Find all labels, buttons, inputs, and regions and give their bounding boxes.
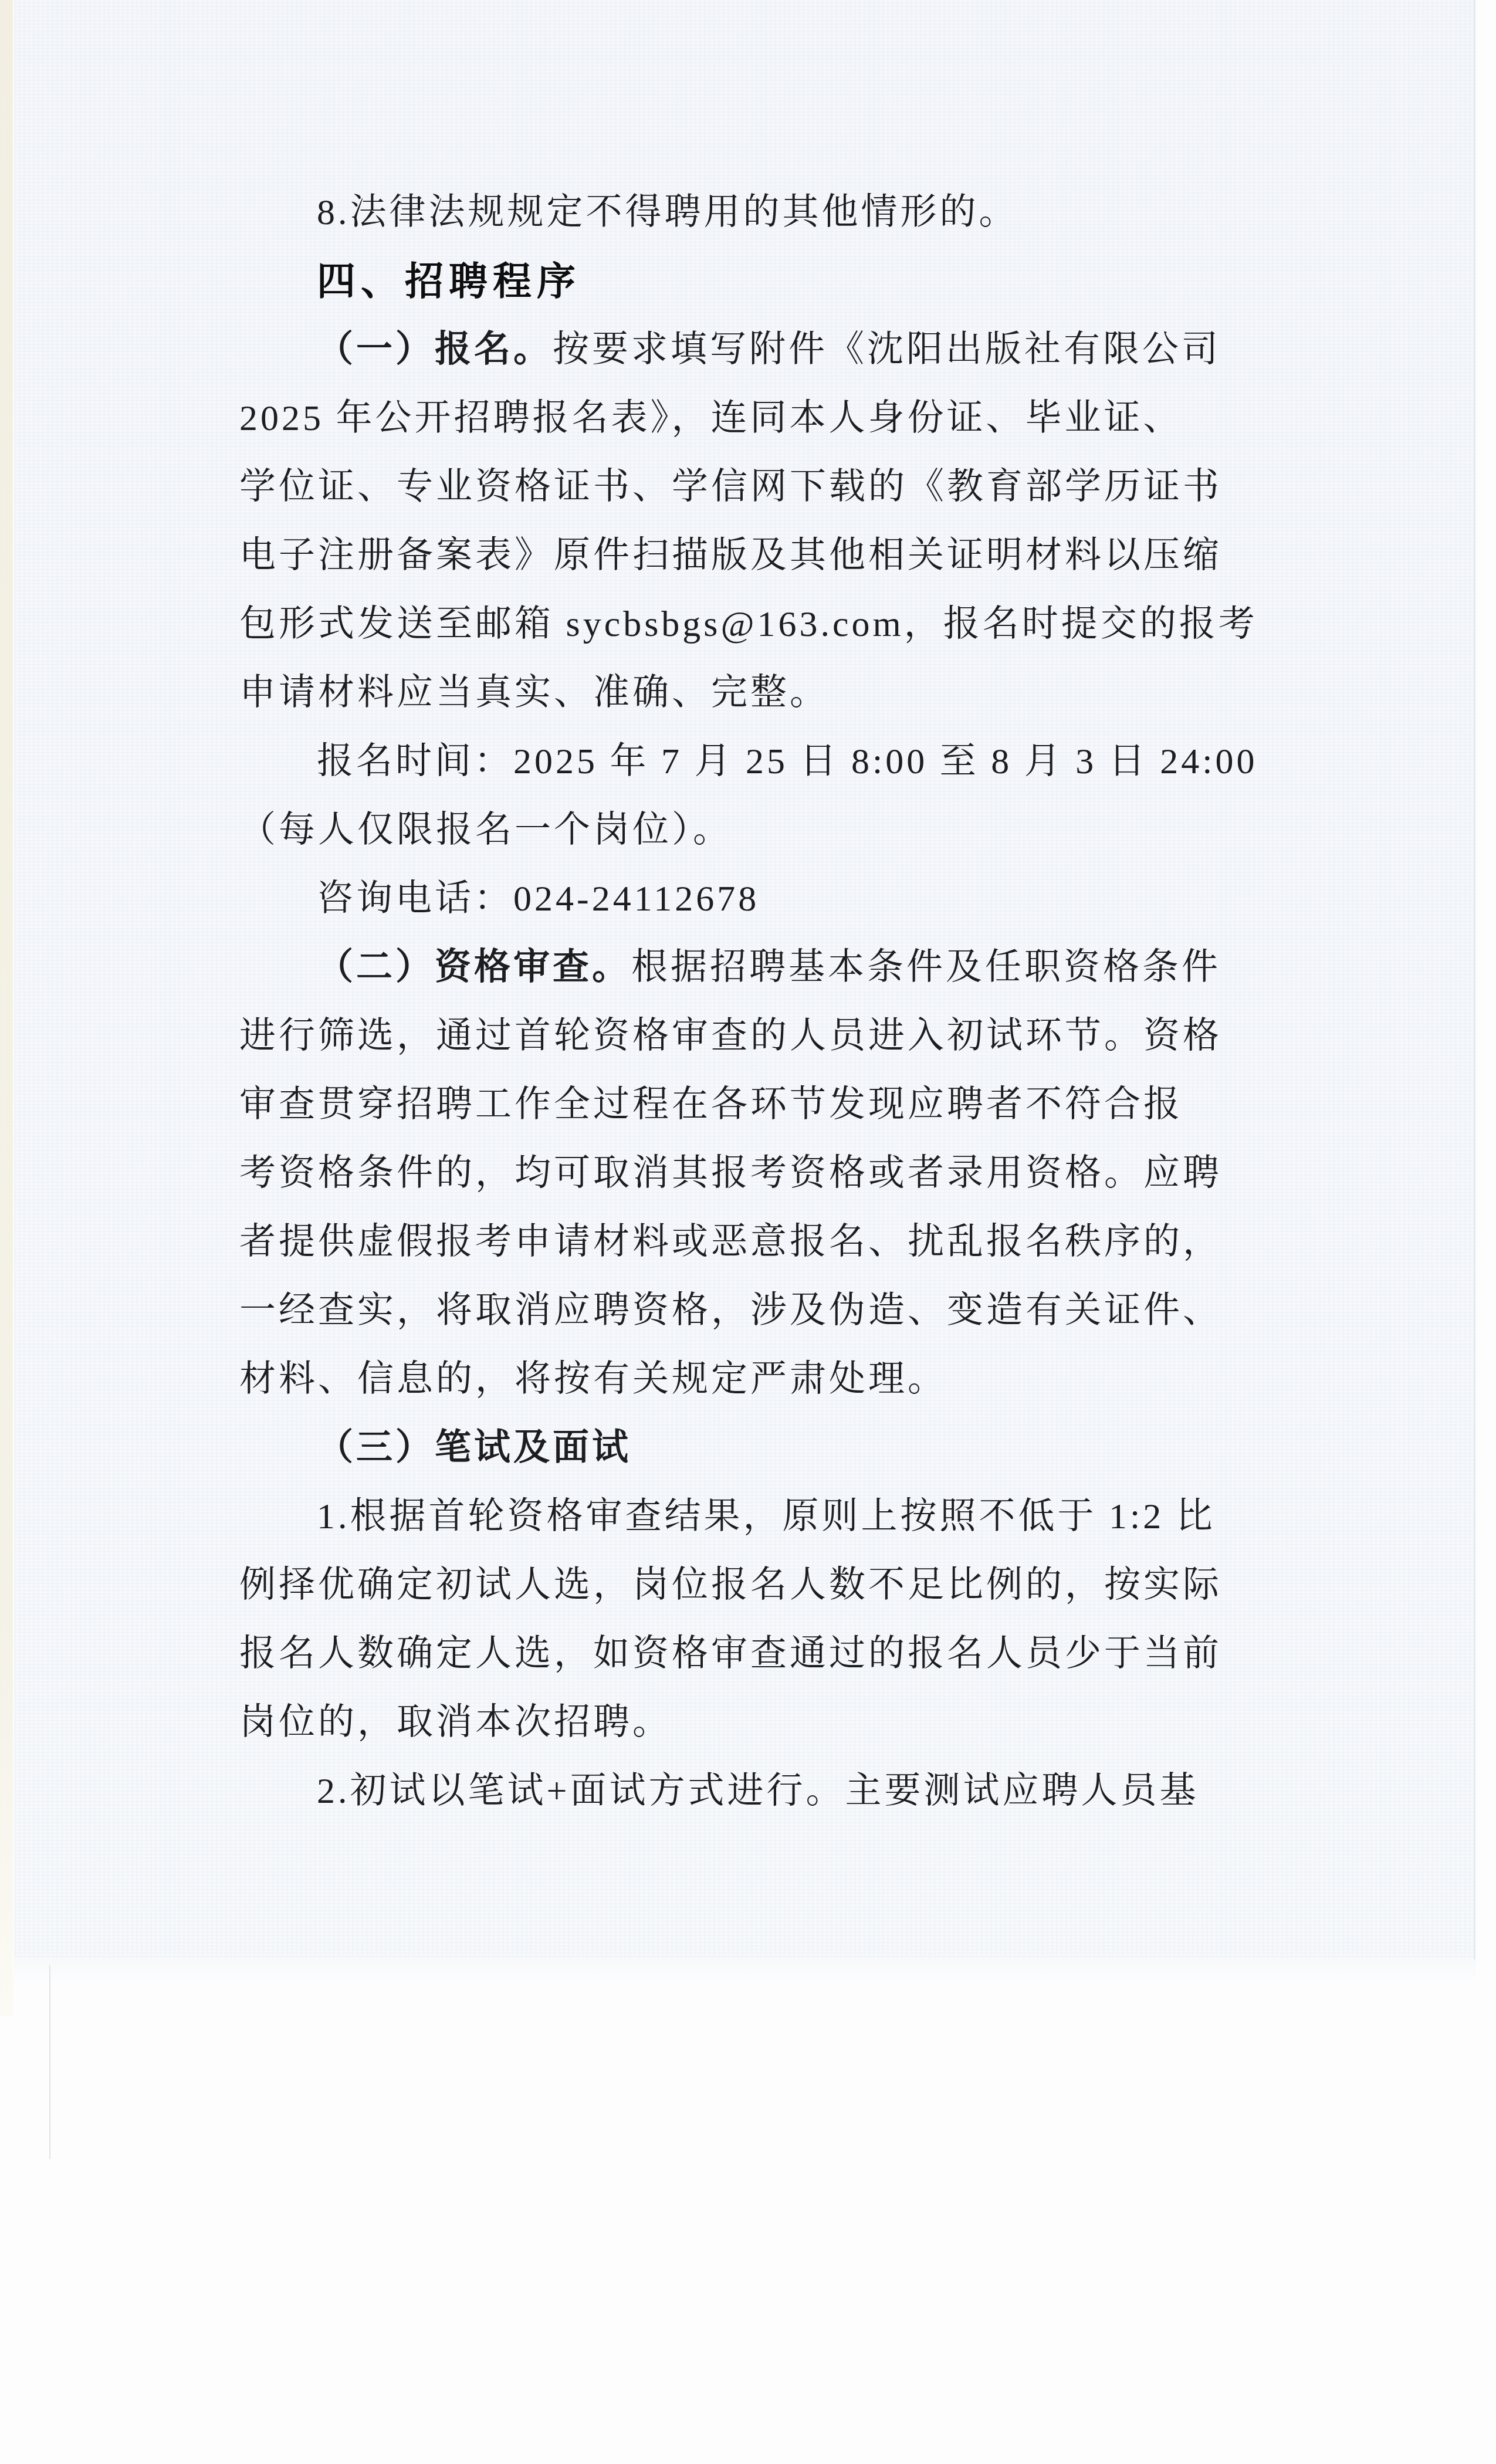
doc-line-24: 2.初试以笔试+面试方式进行。主要测试应聘人员基 bbox=[239, 1757, 1272, 1826]
doc-line-12: （二）资格审查。根据招聘基本条件及任职资格条件 bbox=[239, 933, 1272, 1002]
doc-line-23: 岗位的，取消本次招聘。 bbox=[239, 1688, 1272, 1757]
document-body: 8.法律法规规定不得聘用的其他情形的。 四、招聘程序 （一）报名。按要求填写附件… bbox=[239, 178, 1272, 1826]
doc-line-22: 报名人数确定人选，如资格审查通过的报名人员少于当前 bbox=[239, 1620, 1272, 1688]
doc-line-7-email: 包形式发送至邮箱 sycbsbgs@163.com，报名时提交的报考 bbox=[239, 590, 1272, 659]
scan-page-bottom-fade bbox=[14, 1957, 1476, 1983]
doc-line-12-rest: 根据招聘基本条件及任职资格条件 bbox=[631, 947, 1221, 987]
doc-line-3-rest: 按要求填写附件《沈阳出版社有限公司 bbox=[553, 330, 1221, 370]
doc-line-1: 8.法律法规规定不得聘用的其他情形的。 bbox=[239, 178, 1272, 247]
scanned-document-page: { "document": { "section_heading": "四、招聘… bbox=[0, 0, 1496, 2464]
doc-line-17: 一经查实，将取消应聘资格，涉及伪造、变造有关证件、 bbox=[239, 1277, 1272, 1345]
doc-line-8: 申请材料应当真实、准确、完整。 bbox=[239, 659, 1272, 727]
doc-line-15: 考资格条件的，均可取消其报考资格或者录用资格。应聘 bbox=[239, 1139, 1272, 1208]
doc-line-11-phone: 咨询电话：024-24112678 bbox=[239, 865, 1272, 933]
doc-line-18: 材料、信息的，将按有关规定严肃处理。 bbox=[239, 1345, 1272, 1414]
doc-line-10: （每人仅限报名一个岗位）。 bbox=[239, 796, 1272, 865]
doc-line-16: 者提供虚假报考申请材料或恶意报名、扰乱报名秩序的， bbox=[239, 1208, 1272, 1277]
subsection-heading-zigeshencha: （二）资格审查。 bbox=[317, 947, 631, 987]
doc-line-3: （一）报名。按要求填写附件《沈阳出版社有限公司 bbox=[239, 316, 1272, 384]
doc-line-14: 审查贯穿招聘工作全过程在各环节发现应聘者不符合报 bbox=[239, 1071, 1272, 1139]
doc-line-6: 电子注册备案表》原件扫描版及其他相关证明材料以压缩 bbox=[239, 522, 1272, 590]
subsection-heading-bishimianshi: （三）笔试及面试 bbox=[239, 1414, 1272, 1483]
doc-line-21: 例择优确定初试人选，岗位报名人数不足比例的，按实际 bbox=[239, 1551, 1272, 1620]
doc-line-9-registration-time: 报名时间：2025 年 7 月 25 日 8:00 至 8 月 3 日 24:0… bbox=[239, 727, 1272, 796]
scan-left-edge-strip bbox=[0, 0, 13, 2016]
scan-right-edge-line bbox=[1474, 0, 1475, 1959]
scan-bottom-left-artifact-line bbox=[49, 1965, 50, 2159]
doc-line-13: 进行筛选，通过首轮资格审查的人员进入初试环节。资格 bbox=[239, 1002, 1272, 1071]
doc-line-4: 2025 年公开招聘报名表》，连同本人身份证、毕业证、 bbox=[239, 384, 1272, 453]
doc-line-5: 学位证、专业资格证书、学信网下载的《教育部学历证书 bbox=[239, 453, 1272, 522]
doc-line-20: 1.根据首轮资格审查结果，原则上按照不低于 1:2 比 bbox=[239, 1483, 1272, 1551]
section-heading: 四、招聘程序 bbox=[239, 247, 1272, 316]
subsection-heading-baoming: （一）报名。 bbox=[317, 330, 553, 370]
